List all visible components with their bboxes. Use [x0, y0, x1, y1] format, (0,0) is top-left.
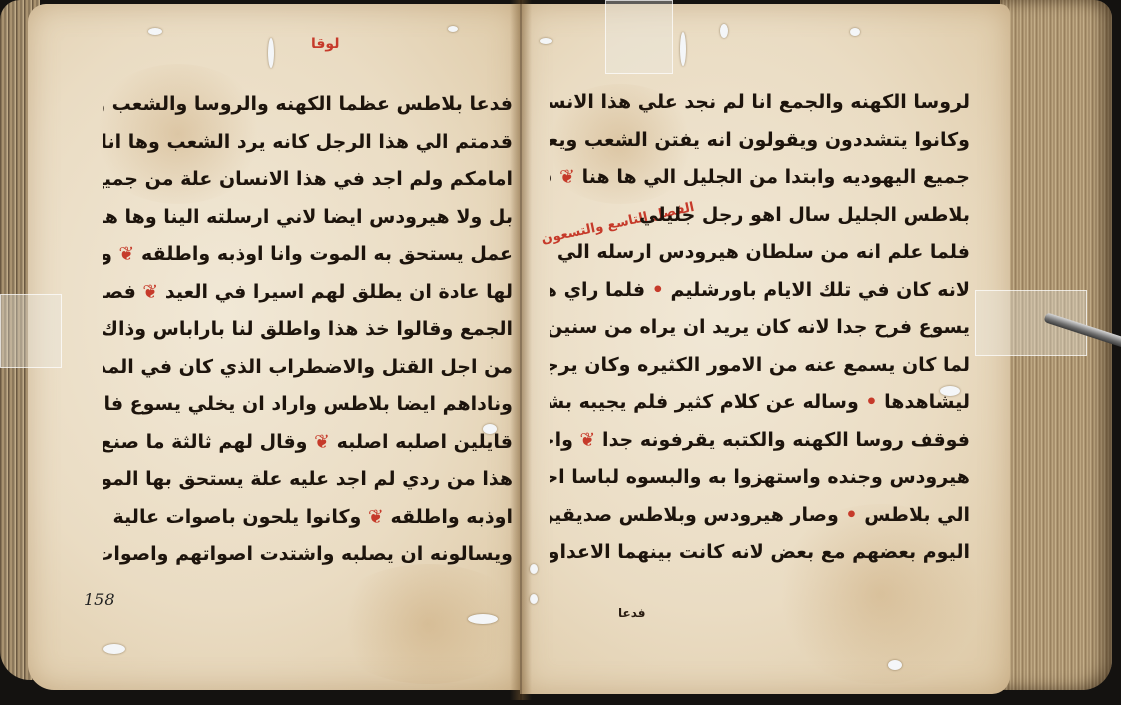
text-line: الي بلاطس • وصار هيرودس وبلاطس صديقين في…: [550, 497, 970, 535]
worm-hole: [448, 26, 458, 32]
folio-number: 158: [84, 590, 115, 609]
text-line: هيرودس وجنده واستهزوا به والبسوه لباسا ا…: [550, 459, 970, 497]
catchword: فدعا: [618, 606, 646, 620]
verse-marker: •: [865, 391, 877, 413]
repair-tape: [0, 294, 62, 368]
text-line: من اجل القتل والاضطراب الذي كان في المدي…: [103, 349, 513, 387]
text-line: قايلين اصلبه اصلبه ❦ وقال لهم ثالثة ما ص…: [103, 424, 513, 462]
worm-hole: [680, 32, 686, 66]
text-line: جميع اليهوديه وابتدا من الجليل الي ها هن…: [550, 159, 970, 197]
repair-tape: [605, 0, 673, 74]
worm-hole: [268, 38, 274, 68]
text-line: الجمع وقالوا خذ هذا واطلق لنا باراباس وذ…: [103, 311, 513, 349]
running-header: لوقا: [311, 36, 339, 52]
verse-marker: ❦: [142, 281, 158, 303]
text-line: امامكم ولم اجد في هذا الانسان علة من جمي…: [103, 161, 513, 199]
worm-hole: [888, 660, 902, 670]
text-line: فلما علم انه من سلطان هيرودس ارسله الي ه…: [550, 234, 970, 272]
left-page: لوقا فدعا بلاطس عظما الكهنه والروسا والش…: [28, 4, 520, 690]
text-line: وكانوا يتشددون ويقولون انه يفتن الشعب وي…: [550, 122, 970, 160]
text-line: فدعا بلاطس عظما الكهنه والروسا والشعب وق…: [103, 86, 513, 124]
text-line: هذا من ردي لم اجد عليه علة يستحق بها الم…: [103, 461, 513, 499]
text-line: بل ولا هيرودس ايضا لاني ارسلته الينا وها…: [103, 199, 513, 237]
verse-marker: ❦: [314, 431, 330, 453]
text-line: عمل يستحق به الموت وانا اوذبه واطلقه ❦ و…: [103, 236, 513, 274]
text-line: ويسالونه ان يصلبه واشتدت اصواتهم واصوات: [103, 536, 513, 574]
text-line: لانه كان في تلك الايام باورشليم • فلما ر…: [550, 272, 970, 310]
text-line: قدمتم الي هذا الرجل كانه يرد الشعب وها ا…: [103, 124, 513, 162]
right-page-text: لروسا الكهنه والجمع انا لم نجد علي هذا ا…: [550, 84, 970, 572]
right-page: الفصل التاسع والتسعون لروسا الكهنه والجم…: [520, 4, 1010, 694]
text-line: فوقف روسا الكهنه والكتبه يقرفونه جدا ❦ و…: [550, 422, 970, 460]
worm-hole: [720, 24, 728, 38]
verse-marker: ❦: [580, 429, 596, 451]
text-line: يسوع فرح جدا لانه كان يريد ان يراه من سن…: [550, 309, 970, 347]
text-line: ليشاهدها • وساله عن كلام كثير فلم يجيبه …: [550, 384, 970, 422]
text-line: اليوم بعضهم مع بعض لانه كانت بينهما الاع…: [550, 534, 970, 572]
text-line: لروسا الكهنه والجمع انا لم نجد علي هذا ا…: [550, 84, 970, 122]
book-gutter: [510, 0, 532, 700]
worm-hole: [850, 28, 860, 36]
verse-marker: ❦: [119, 243, 135, 265]
text-line: وناداهم ايضا بلاطس واراد ان يخلي يسوع فا…: [103, 386, 513, 424]
manuscript-photo: لوقا فدعا بلاطس عظما الكهنه والروسا والش…: [0, 0, 1121, 705]
verse-marker: •: [845, 504, 857, 526]
left-page-text: فدعا بلاطس عظما الكهنه والروسا والشعب وق…: [103, 86, 513, 574]
worm-hole: [468, 614, 498, 624]
verse-marker: ❦: [559, 166, 575, 188]
worm-hole: [103, 644, 125, 654]
verse-marker: •: [652, 279, 664, 301]
text-line: اوذبه واطلقه ❦ وكانوا يلحون باصوات عالية: [103, 499, 513, 537]
text-line: بلاطس الجليل سال اهو رجل جليلي: [550, 197, 970, 235]
verse-marker: ❦: [368, 506, 384, 528]
text-line: لما كان يسمع عنه من الامور الكثيره وكان …: [550, 347, 970, 385]
worm-hole: [148, 28, 162, 35]
water-stain: [328, 564, 528, 684]
worm-hole: [540, 38, 552, 44]
text-line: لها عادة ان يطلق لهم اسيرا في العيد ❦ فص…: [103, 274, 513, 312]
